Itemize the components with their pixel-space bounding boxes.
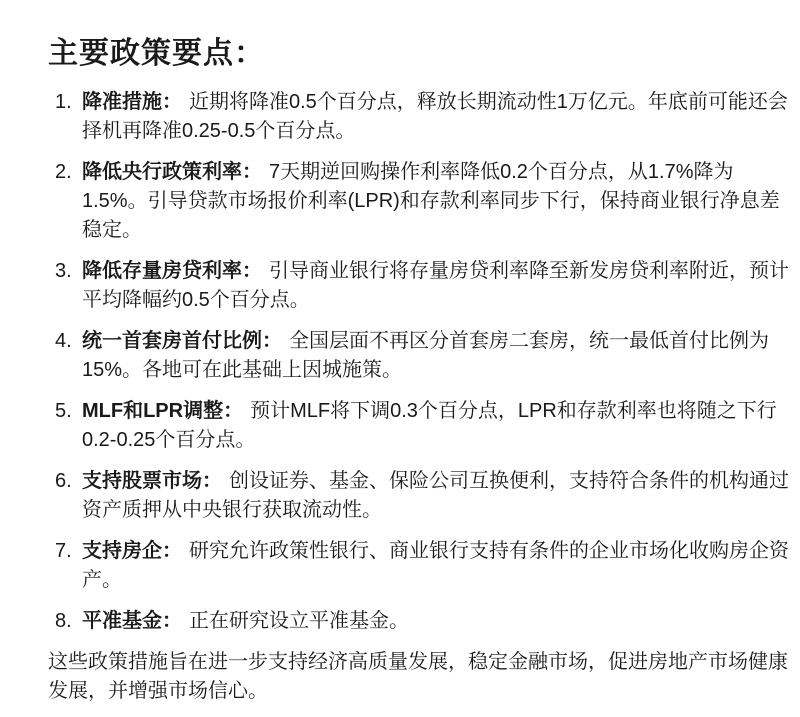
- policy-item-6: 6. 支持股票市场：创设证券、基金、保险公司互换便利，支持符合条件的机构通过资产…: [55, 467, 790, 525]
- policy-item-2: 2. 降低央行政策利率：7天期逆回购操作利率降低0.2个百分点，从1.7%降为1…: [55, 158, 790, 245]
- policy-item-4: 4. 统一首套房首付比例：全国层面不再区分首套房二套房，统一最低首付比例为15%…: [55, 327, 790, 385]
- policy-list: 1. 降准措施：近期将降准0.5个百分点，释放长期流动性1万亿元。年底前可能还会…: [55, 88, 790, 636]
- policy-item-5: 5. MLF和LPR调整：预计MLF将下调0.3个百分点，LPR和存款利率也将随…: [55, 397, 790, 455]
- item-content: 统一首套房首付比例：全国层面不再区分首套房二套房，统一最低首付比例为15%。各地…: [82, 327, 790, 385]
- item-number: 7.: [55, 537, 82, 566]
- item-content: MLF和LPR调整：预计MLF将下调0.3个百分点，LPR和存款利率也将随之下行…: [82, 397, 790, 455]
- item-label: 降低存量房贷利率：: [82, 260, 262, 282]
- item-text: 近期将降准0.5个百分点，释放长期流动性1万亿元。年底前可能还会择机再降准0.2…: [82, 91, 788, 142]
- policy-item-3: 3. 降低存量房贷利率：引导商业银行将存量房贷利率降至新发房贷利率附近，预计平均…: [55, 257, 790, 315]
- item-number: 6.: [55, 467, 82, 496]
- closing-paragraph: 这些政策措施旨在进一步支持经济高质量发展，稳定金融市场，促进房地产市场健康发展，…: [48, 648, 790, 706]
- item-number: 5.: [55, 397, 82, 426]
- document-page: 主要政策要点： 1. 降准措施：近期将降准0.5个百分点，释放长期流动性1万亿元…: [0, 0, 800, 717]
- item-number: 2.: [55, 158, 82, 187]
- item-content: 支持股票市场：创设证券、基金、保险公司互换便利，支持符合条件的机构通过资产质押从…: [82, 467, 790, 525]
- item-label: 降准措施：: [82, 91, 182, 113]
- policy-item-8: 8. 平准基金：正在研究设立平准基金。: [55, 607, 790, 636]
- item-label: 支持房企：: [82, 540, 182, 562]
- item-content: 降低存量房贷利率：引导商业银行将存量房贷利率降至新发房贷利率附近，预计平均降幅约…: [82, 257, 790, 315]
- item-content: 平准基金：正在研究设立平准基金。: [82, 607, 790, 636]
- item-content: 降低央行政策利率：7天期逆回购操作利率降低0.2个百分点，从1.7%降为1.5%…: [82, 158, 790, 245]
- item-text: 研究允许政策性银行、商业银行支持有条件的企业市场化收购房企资产。: [82, 540, 789, 591]
- policy-item-1: 1. 降准措施：近期将降准0.5个百分点，释放长期流动性1万亿元。年底前可能还会…: [55, 88, 790, 146]
- item-content: 支持房企：研究允许政策性银行、商业银行支持有条件的企业市场化收购房企资产。: [82, 537, 790, 595]
- item-number: 8.: [55, 607, 82, 636]
- item-number: 3.: [55, 257, 82, 286]
- item-label: 降低央行政策利率：: [82, 161, 262, 183]
- page-title: 主要政策要点：: [48, 36, 790, 72]
- item-label: 平准基金：: [82, 610, 182, 632]
- item-number: 1.: [55, 88, 82, 117]
- item-content: 降准措施：近期将降准0.5个百分点，释放长期流动性1万亿元。年底前可能还会择机再…: [82, 88, 790, 146]
- item-label: 支持股票市场：: [82, 470, 222, 492]
- item-label: 统一首套房首付比例：: [82, 330, 282, 352]
- policy-item-7: 7. 支持房企：研究允许政策性银行、商业银行支持有条件的企业市场化收购房企资产。: [55, 537, 790, 595]
- item-number: 4.: [55, 327, 82, 356]
- item-text: 正在研究设立平准基金。: [189, 610, 409, 632]
- item-label: MLF和LPR调整：: [82, 400, 243, 422]
